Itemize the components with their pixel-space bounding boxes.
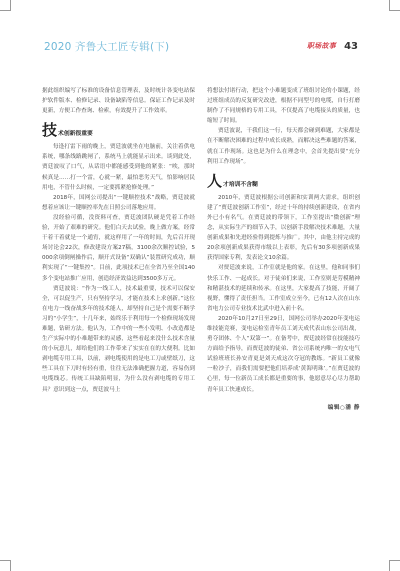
left-column: 据此组织编写了标准的设备信息管理表，及时统计各变电站保护软件版本、检修记录、设备… (42, 86, 195, 411)
paragraph: 没经验可循，没资料可查，贾廷波团队硬是凭着工作经验，开始了艰难的研究。他们白天去… (42, 213, 195, 284)
paragraph: 每逢打雷下雨的晚上，贾廷波就坐在电脑前，关注着供电系统，哪条线路跳闸了，系统马上… (42, 142, 195, 192)
page-number: 43 (344, 41, 358, 52)
heading-text: 术创新很重要 (58, 128, 93, 137)
paragraph: 2018年，国网公司提出“一键顺控技术”战略，贾廷波就想着应该让一键顺控率先在日… (42, 193, 195, 213)
heading-text: 才培训不含糊 (223, 179, 258, 188)
paragraph: 据此组织编写了标准的设备信息管理表，及时统计各变电站保护软件版本、检修记录、设备… (42, 86, 195, 116)
paragraph: 2010年，贾廷波根据公司创新和实训两大需求，组织创建了“贾廷波创新工作室”，经… (207, 193, 360, 264)
page-header: 2020 齐鲁大工匠专辑(下) 职场故事 43 (44, 38, 358, 54)
paragraph: 将想法付诸行动，把这个小难题变成了班组讨论的小课题，经过班组成员的反复研究改进，… (207, 86, 360, 126)
section-tag: 职场故事 (307, 41, 336, 51)
article-body: 据此组织编写了标准的设备信息管理表，及时统计各变电站保护软件版本、检修记录、设备… (42, 86, 360, 411)
editor-byline: 编辑○潘 静 (207, 403, 360, 411)
right-column: 将想法付诸行动，把这个小难题变成了班组讨论的小课题，经过班组成员的反复研究改进，… (207, 86, 360, 411)
paragraph: 对贾廷波来说，工作室就是他的家。在这里，他和同事们快乐工作、一起成长。对于徒弟们… (207, 263, 360, 313)
crop-mark-bottom-right (389, 560, 400, 571)
heading-initial: 人 (207, 174, 222, 189)
paragraph: 2020年10月27日至29日，国网公司举办2020年变电运维技能竞赛，变电运检… (207, 314, 360, 395)
paragraph: 贾廷波说：“作为一线工人，技术最重要，技术可以保安全，可以促生产，只有坚持学习，… (42, 284, 195, 395)
heading-initial: 技 (42, 123, 57, 138)
section-heading-talent-training: 人 才培训不含糊 (207, 173, 360, 189)
crop-mark-top-right (389, 0, 400, 11)
header-right: 职场故事 43 (307, 41, 358, 52)
crop-mark-top-left (0, 0, 11, 11)
section-heading-tech-innovation: 技 术创新很重要 (42, 122, 195, 138)
crop-mark-bottom-left (0, 560, 11, 571)
paragraph: 贾廷波说，干我们这一行，每天都会碰到难题，大家都是在不断解决困难的过程中成长成熟… (207, 126, 360, 166)
issue-title: 2020 齐鲁大工匠专辑(下) (44, 39, 169, 54)
